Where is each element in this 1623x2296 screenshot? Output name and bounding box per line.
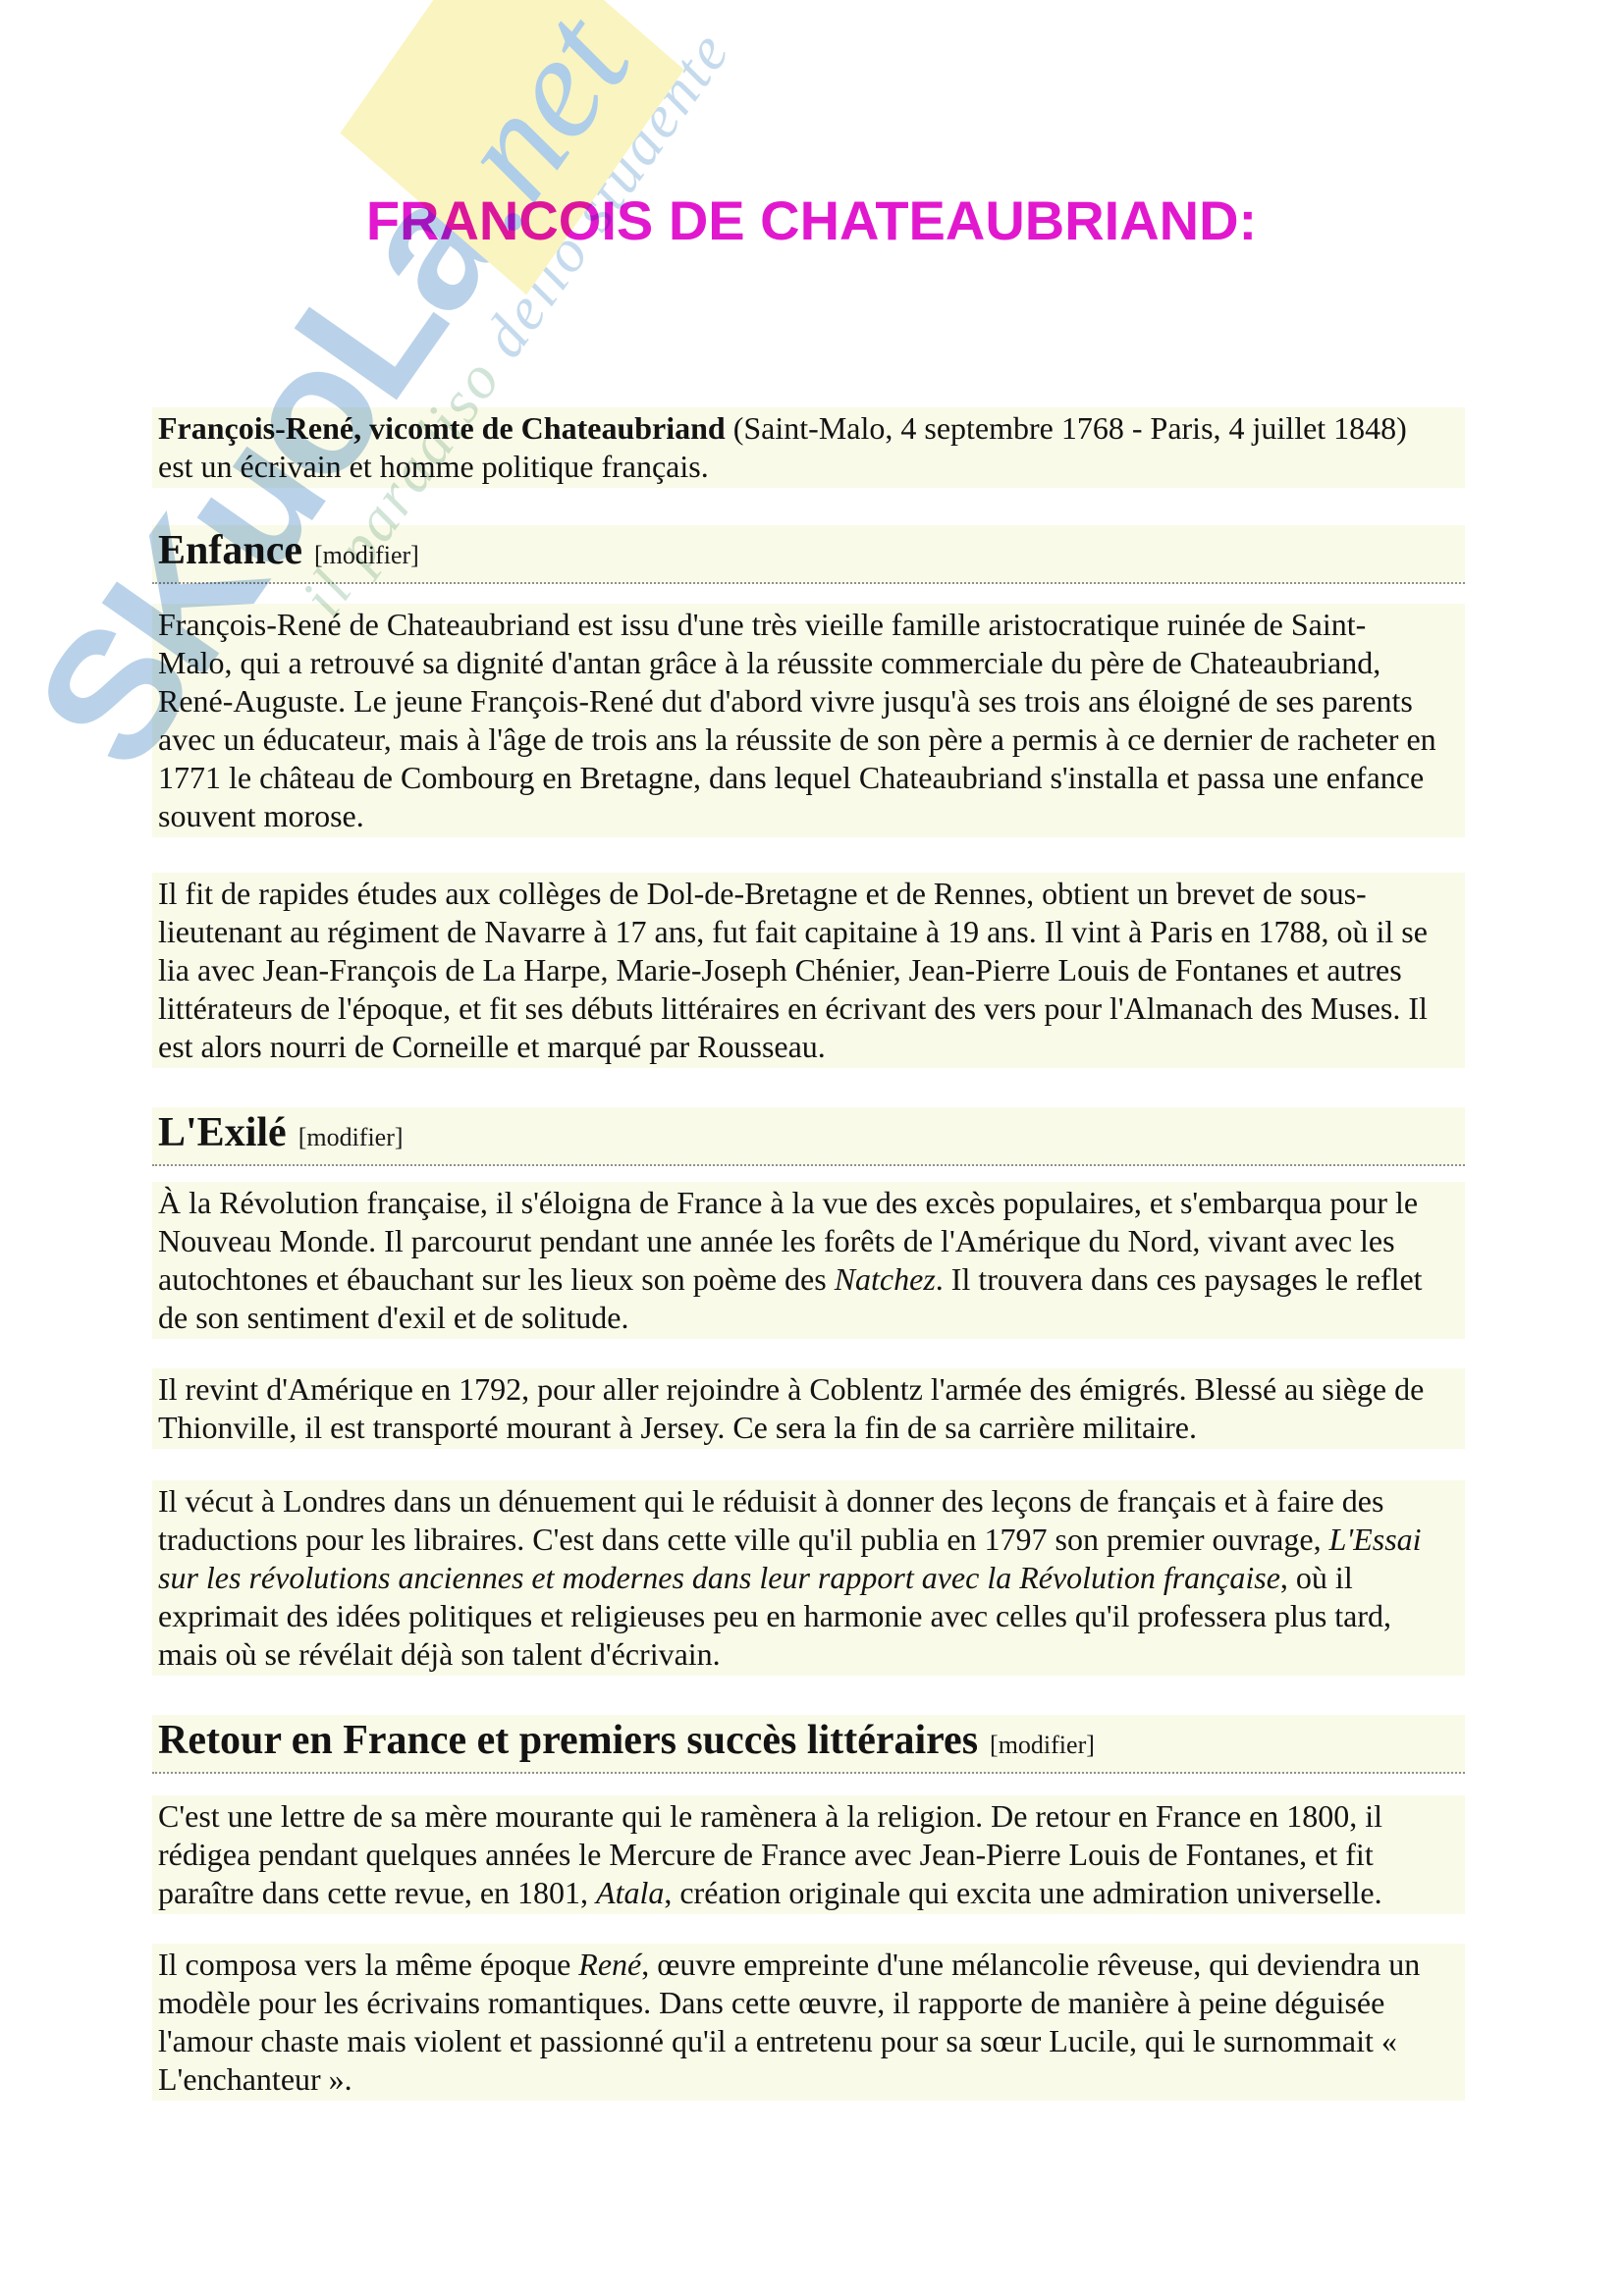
section-heading: L'Exilé[modifier]: [152, 1107, 1465, 1166]
section-heading-text: L'Exilé: [158, 1110, 287, 1155]
section-heading: Retour en France et premiers succès litt…: [152, 1715, 1465, 1774]
text-run: Il composa vers la même époque: [158, 1947, 578, 1982]
text-run: François-René de Chateaubriand est issu …: [158, 607, 1436, 833]
text-run: Natchez: [835, 1261, 936, 1297]
document-body: François-René, vicomte de Chateaubriand …: [152, 0, 1465, 2101]
paragraph: Il revint d'Amérique en 1792, pour aller…: [152, 1368, 1465, 1449]
edit-link: [modifier]: [990, 1731, 1095, 1759]
text-run: Il revint d'Amérique en 1792, pour aller…: [158, 1371, 1424, 1445]
text-run: Atala: [596, 1875, 664, 1910]
paragraph: Il vécut à Londres dans un dénuement qui…: [152, 1480, 1465, 1676]
text-run: François-René, vicomte de Chateaubriand: [158, 410, 726, 446]
paragraph: François-René de Chateaubriand est issu …: [152, 604, 1465, 837]
edit-link: [modifier]: [314, 541, 419, 569]
section-heading: Enfance[modifier]: [152, 525, 1465, 584]
paragraph: Il fit de rapides études aux collèges de…: [152, 873, 1465, 1068]
document-page: SKuoLa.net il paradiso dello studente FR…: [0, 0, 1623, 2296]
text-run: , création originale qui excita une admi…: [664, 1875, 1381, 1910]
text-run: Il fit de rapides études aux collèges de…: [158, 876, 1428, 1064]
paragraph: François-René, vicomte de Chateaubriand …: [152, 407, 1465, 488]
text-run: René: [578, 1947, 641, 1982]
edit-link: [modifier]: [298, 1123, 404, 1151]
page-title: FRANCOIS DE CHATEAUBRIAND:: [0, 187, 1623, 255]
text-run: Il vécut à Londres dans un dénuement qui…: [158, 1483, 1383, 1557]
paragraph: C'est une lettre de sa mère mourante qui…: [152, 1795, 1465, 1914]
paragraph: À la Révolution française, il s'éloigna …: [152, 1182, 1465, 1339]
paragraph: Il composa vers la même époque René, œuv…: [152, 1944, 1465, 2101]
section-heading-text: Retour en France et premiers succès litt…: [158, 1718, 978, 1763]
section-heading-text: Enfance: [158, 528, 302, 573]
